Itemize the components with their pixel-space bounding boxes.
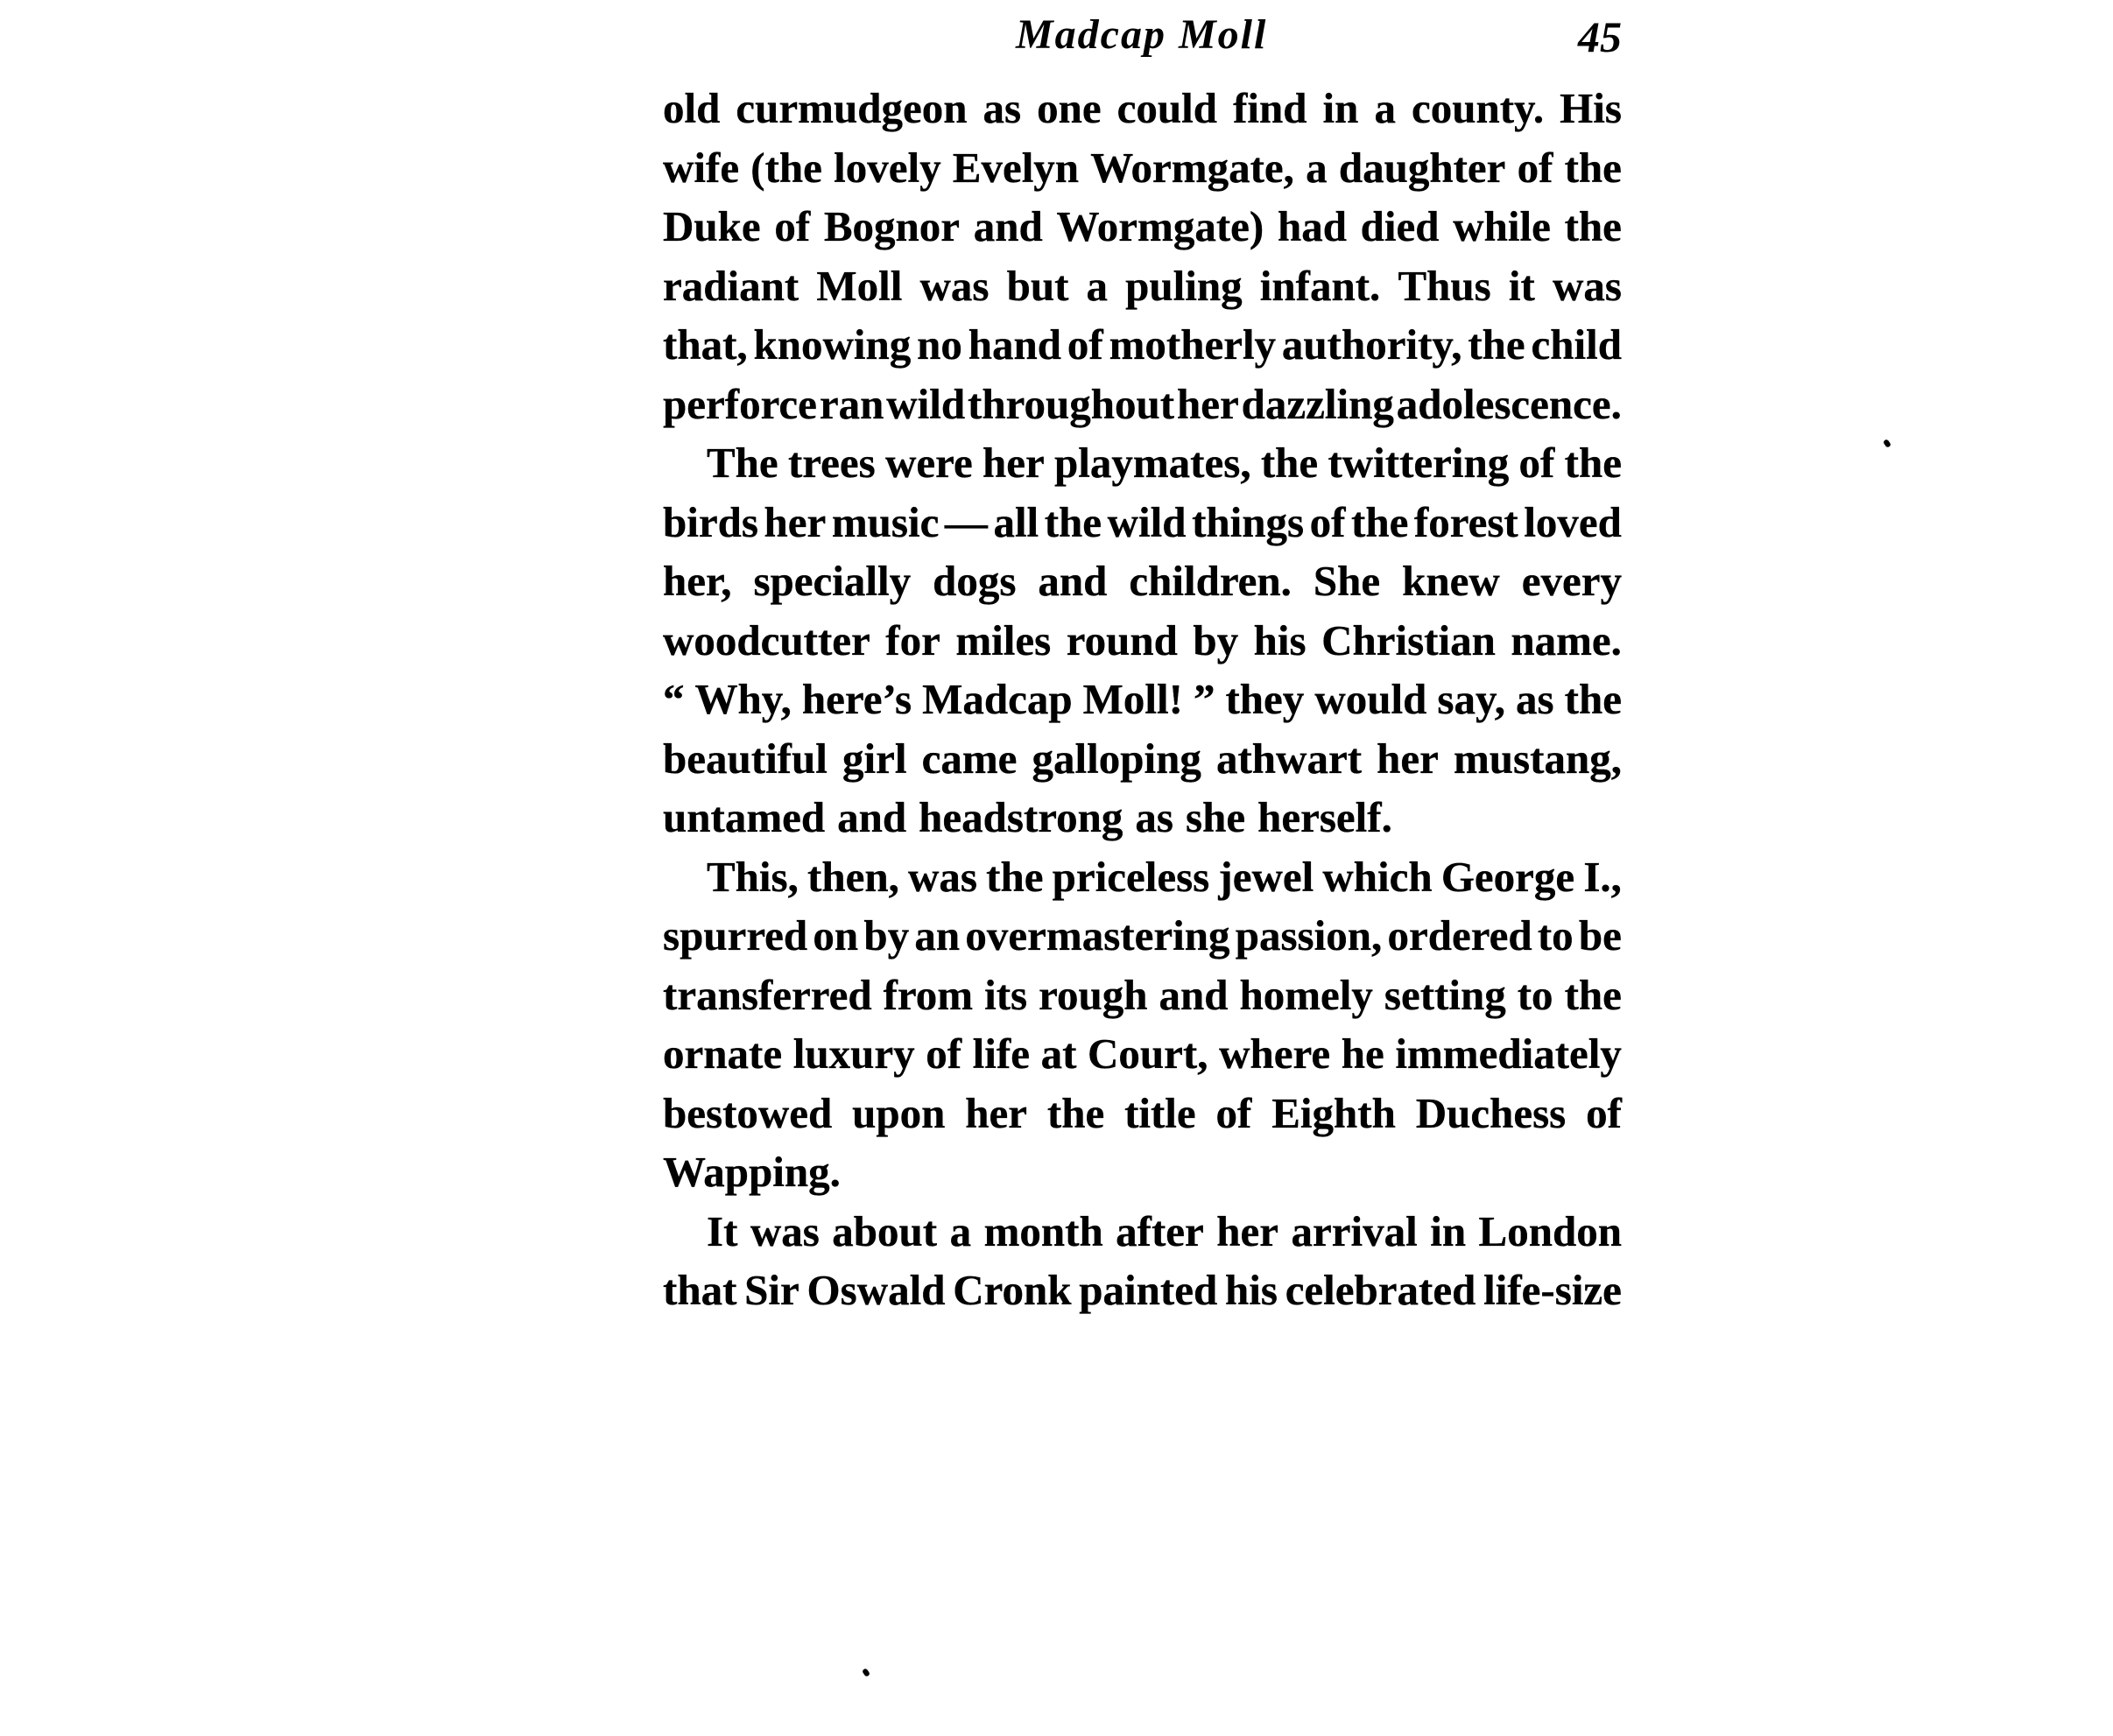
word: forest	[1414, 493, 1518, 552]
word: London	[1479, 1202, 1622, 1262]
word: the	[1261, 433, 1318, 493]
word: while	[1453, 197, 1551, 257]
word: infant.	[1260, 257, 1381, 316]
word: children.	[1129, 552, 1292, 611]
word: things	[1192, 493, 1304, 552]
text-line: spurredonbyanovermasteringpassion,ordere…	[663, 906, 1622, 966]
word: they	[1225, 670, 1304, 729]
text-line-words: untamedandheadstrongassheherself.	[663, 788, 1622, 847]
word: title	[1124, 1084, 1196, 1143]
word: all	[993, 493, 1039, 552]
word: galloping	[1032, 729, 1201, 789]
text-line-words: radiantMollwasbutapulinginfant.Thusitwas	[663, 257, 1622, 316]
word: setting	[1384, 966, 1506, 1025]
word: a	[1306, 138, 1328, 198]
word: of	[774, 197, 810, 257]
text-line: woodcutterformilesroundbyhisChristiannam…	[663, 611, 1622, 671]
word: motherly	[1109, 315, 1277, 375]
text-line: This,then,wasthepricelessjewelwhichGeorg…	[663, 847, 1622, 907]
text-line: ornateluxuryoflifeatCourt,whereheimmedia…	[663, 1024, 1622, 1084]
word: the	[1565, 433, 1622, 493]
word: the	[1468, 315, 1525, 375]
word: of	[1216, 1084, 1252, 1143]
text-line: Thetreeswereherplaymates,thetwitteringof…	[663, 433, 1622, 493]
word: daughter	[1339, 138, 1506, 198]
text-line: Wapping.	[663, 1142, 1622, 1202]
word: playmates,	[1054, 433, 1251, 493]
word: find	[1233, 79, 1307, 138]
body-text: oldcurmudgeonasonecouldfindinacounty.His…	[663, 79, 1622, 1320]
word: Why,	[695, 670, 792, 729]
text-line-words: thatSirOswaldCronkpaintedhiscelebratedli…	[663, 1261, 1622, 1320]
word: were	[885, 433, 973, 493]
word: a	[950, 1202, 972, 1262]
word: —	[945, 493, 988, 552]
word: upon	[852, 1084, 945, 1143]
word: old	[663, 79, 720, 138]
word: adolescence.	[1397, 375, 1622, 434]
word: and	[1038, 552, 1107, 611]
word: spurred	[663, 906, 807, 966]
word: her	[764, 493, 827, 552]
word: lovely	[834, 138, 940, 198]
text-line: “Why,here’sMadcapMoll!”theywouldsay,asth…	[663, 670, 1622, 729]
word: bestowed	[663, 1084, 832, 1143]
word: Thus	[1398, 257, 1490, 316]
word: was	[1553, 257, 1622, 316]
word: his	[1254, 611, 1307, 671]
word: the	[1045, 493, 1102, 552]
word: “	[663, 670, 685, 729]
text-line-words: perforceranwildthroughoutherdazzlingadol…	[663, 375, 1622, 434]
word: from	[884, 966, 974, 1025]
word: Wormgate,	[1090, 138, 1294, 198]
word: her	[1177, 375, 1239, 434]
word: her	[983, 433, 1045, 493]
word: he	[1342, 1024, 1384, 1084]
word: Oswald	[807, 1261, 946, 1320]
text-line: untamedandheadstrongassheherself.	[663, 788, 1622, 847]
text-line: birdshermusic—allthewildthingsofthefores…	[663, 493, 1622, 552]
word: as	[983, 79, 1022, 138]
word: that	[663, 1261, 736, 1320]
text-line: that,knowingnohandofmotherlyauthority,th…	[663, 315, 1622, 375]
word: the	[986, 847, 1043, 907]
word: painted	[1079, 1261, 1217, 1320]
word: ”	[1194, 670, 1215, 729]
word: Duchess	[1416, 1084, 1567, 1143]
word: (the	[750, 138, 822, 198]
word: curmudgeon	[736, 79, 967, 138]
text-line-words: This,then,wasthepricelessjewelwhichGeorg…	[663, 847, 1622, 907]
word: a	[1374, 79, 1396, 138]
word: child	[1532, 315, 1622, 375]
word: at	[1041, 1024, 1077, 1084]
page-number: 45	[1578, 12, 1622, 61]
word: Cronk	[953, 1261, 1071, 1320]
word: died	[1361, 197, 1440, 257]
word: to	[1538, 906, 1574, 966]
word: authority,	[1282, 315, 1462, 375]
text-line: perforceranwildthroughoutherdazzlingadol…	[663, 375, 1622, 434]
text-line-words: her,speciallydogsandchildren.Sheknewever…	[663, 552, 1622, 611]
word: an	[914, 906, 960, 966]
word: and	[837, 788, 906, 847]
word: one	[1037, 79, 1102, 138]
word: it	[1509, 257, 1535, 316]
word: birds	[663, 493, 758, 552]
text-line: wife(thelovelyEvelynWormgate,adaughterof…	[663, 138, 1622, 198]
word: every	[1522, 552, 1622, 611]
word: a	[1087, 257, 1109, 316]
word: Christian	[1321, 611, 1496, 671]
text-line: radiantMollwasbutapulinginfant.Thusitwas	[663, 257, 1622, 316]
word: the	[1565, 670, 1622, 729]
word: wild	[1108, 493, 1187, 552]
text-line: beautifulgirlcamegallopingathwarthermust…	[663, 729, 1622, 789]
text-line: thatSirOswaldCronkpaintedhiscelebratedli…	[663, 1261, 1622, 1320]
word: the	[1047, 1084, 1104, 1143]
scan-speck-right	[1883, 439, 1891, 448]
word: Wormgate)	[1056, 197, 1264, 257]
text-line: bestoweduponherthetitleofEighthDuchessof	[663, 1084, 1622, 1143]
word: ordered	[1387, 906, 1532, 966]
word: immediately	[1395, 1024, 1622, 1084]
word: about	[832, 1202, 937, 1262]
word: where	[1219, 1024, 1330, 1084]
text-line-words: oldcurmudgeonasonecouldfindinacounty.His	[663, 79, 1622, 138]
word: the	[1565, 197, 1622, 257]
word: radiant	[663, 257, 799, 316]
text-line-words: bestoweduponherthetitleofEighthDuchessof	[663, 1084, 1622, 1143]
word: the	[1565, 966, 1622, 1025]
word: in	[1323, 79, 1359, 138]
word: came	[922, 729, 1018, 789]
word: Eighth	[1271, 1084, 1396, 1143]
word: athwart	[1216, 729, 1362, 789]
word: would	[1314, 670, 1426, 729]
word: then,	[807, 847, 899, 907]
word: The	[707, 433, 778, 493]
word: of	[1310, 493, 1346, 552]
word: of	[1519, 433, 1555, 493]
text-line-words: DukeofBognorandWormgate)haddiedwhilethe	[663, 197, 1622, 257]
word: Duke	[663, 197, 761, 257]
word: overmastering	[965, 906, 1229, 966]
word: of	[1586, 1084, 1622, 1143]
text-line: oldcurmudgeonasonecouldfindinacounty.His	[663, 79, 1622, 138]
text-line: ItwasaboutamonthafterherarrivalinLondon	[663, 1202, 1622, 1262]
word: here’s	[802, 670, 912, 729]
word: the	[1351, 493, 1408, 552]
word: Moll!	[1083, 670, 1183, 729]
word: its	[984, 966, 1027, 1025]
word: her	[1377, 729, 1439, 789]
word: twittering	[1328, 433, 1509, 493]
word: the	[1565, 138, 1622, 198]
word: rough	[1039, 966, 1147, 1025]
word: headstrong	[919, 788, 1123, 847]
word: life	[973, 1024, 1030, 1084]
word: ran	[820, 375, 884, 434]
word: homely	[1239, 966, 1372, 1025]
text-line-words: spurredonbyanovermasteringpassion,ordere…	[663, 906, 1622, 966]
word: by	[863, 906, 909, 966]
text-line-words: woodcutterformilesroundbyhisChristiannam…	[663, 611, 1622, 671]
word: that,	[663, 315, 748, 375]
word: herself.	[1257, 788, 1392, 847]
word: for	[885, 611, 940, 671]
text-line: transferredfromitsroughandhomelysettingt…	[663, 966, 1622, 1025]
word: wild	[886, 375, 965, 434]
word: Wapping.	[663, 1142, 841, 1202]
word: dogs	[933, 552, 1016, 611]
word: her,	[663, 552, 732, 611]
word: jewel	[1218, 847, 1314, 907]
word: could	[1117, 79, 1217, 138]
word: life-size	[1483, 1261, 1622, 1320]
word: perforce	[663, 375, 817, 434]
word: county.	[1412, 79, 1544, 138]
word: specially	[753, 552, 911, 611]
word: be	[1579, 906, 1622, 966]
word: It	[707, 1202, 737, 1262]
word: Madcap	[922, 670, 1073, 729]
word: I.,	[1583, 847, 1622, 907]
word: she	[1186, 788, 1245, 847]
word: She	[1314, 552, 1380, 611]
word: hand	[968, 315, 1061, 375]
word: loved	[1524, 493, 1622, 552]
scan-speck-bottom	[862, 1668, 870, 1677]
text-line-words: Wapping.	[663, 1142, 1622, 1202]
text-line-words: wife(thelovelyEvelynWormgate,adaughterof…	[663, 138, 1622, 198]
word: after	[1116, 1202, 1204, 1262]
word: ornate	[663, 1024, 782, 1084]
word: Moll	[816, 257, 902, 316]
word: to	[1518, 966, 1553, 1025]
word: luxury	[793, 1024, 915, 1084]
word: and	[974, 197, 1043, 257]
word: woodcutter	[663, 611, 870, 671]
word: George	[1441, 847, 1574, 907]
word: his	[1225, 1261, 1278, 1320]
word: round	[1067, 611, 1178, 671]
word: passion,	[1236, 906, 1383, 966]
word: as	[1516, 670, 1554, 729]
text-line-words: “Why,here’sMadcapMoll!”theywouldsay,asth…	[663, 670, 1622, 729]
word: Evelyn	[953, 138, 1079, 198]
word: Bognor	[824, 197, 960, 257]
word: was	[919, 257, 989, 316]
word: which	[1322, 847, 1432, 907]
text-line-words: ornateluxuryoflifeatCourt,whereheimmedia…	[663, 1024, 1622, 1084]
running-head-title: Madcap Moll	[1016, 11, 1267, 60]
word: knew	[1402, 552, 1500, 611]
text-line-words: birdshermusic—allthewildthingsofthefores…	[663, 493, 1622, 552]
word: no	[917, 315, 962, 375]
word: and	[1159, 966, 1228, 1025]
word: Sir	[744, 1261, 799, 1320]
word: month	[984, 1202, 1103, 1262]
text-line-words: beautifulgirlcamegallopingathwarthermust…	[663, 729, 1622, 789]
word: was	[908, 847, 977, 907]
word: untamed	[663, 788, 825, 847]
word: by	[1193, 611, 1238, 671]
word: say,	[1437, 670, 1505, 729]
text-line-words: that,knowingnohandofmotherlyauthority,th…	[663, 315, 1622, 375]
word: beautiful	[663, 729, 828, 789]
text-line-words: transferredfromitsroughandhomelysettingt…	[663, 966, 1622, 1025]
word: name.	[1511, 611, 1622, 671]
word: celebrated	[1285, 1261, 1476, 1320]
word: throughout	[968, 375, 1174, 434]
word: had	[1278, 197, 1347, 257]
word: puling	[1125, 257, 1242, 316]
word: dazzling	[1242, 375, 1394, 434]
book-page: Madcap Moll 45 oldcurmudgeonasonecouldfi…	[0, 0, 2113, 1736]
word: knowing	[754, 315, 912, 375]
word: arrival	[1292, 1202, 1418, 1262]
word: of	[926, 1024, 961, 1084]
text-line: her,speciallydogsandchildren.Sheknewever…	[663, 552, 1622, 611]
text-line: DukeofBognorandWormgate)haddiedwhilethe	[663, 197, 1622, 257]
word: miles	[955, 611, 1051, 671]
word: mustang,	[1454, 729, 1622, 789]
word: her	[965, 1084, 1027, 1143]
word: girl	[842, 729, 906, 789]
word: Court,	[1088, 1024, 1208, 1084]
word: His	[1560, 79, 1622, 138]
word: her	[1216, 1202, 1278, 1262]
word: on	[813, 906, 858, 966]
word: priceless	[1053, 847, 1210, 907]
word: as	[1135, 788, 1173, 847]
text-line-words: Thetreeswereherplaymates,thetwitteringof…	[663, 433, 1622, 493]
word: wife	[663, 138, 739, 198]
word: This,	[707, 847, 799, 907]
word: but	[1007, 257, 1069, 316]
text-line-words: ItwasaboutamonthafterherarrivalinLondon	[663, 1202, 1622, 1262]
word: of	[1518, 138, 1553, 198]
word: was	[750, 1202, 820, 1262]
word: trees	[788, 433, 876, 493]
word: in	[1430, 1202, 1466, 1262]
word: of	[1067, 315, 1103, 375]
word: transferred	[663, 966, 872, 1025]
word: music	[832, 493, 940, 552]
